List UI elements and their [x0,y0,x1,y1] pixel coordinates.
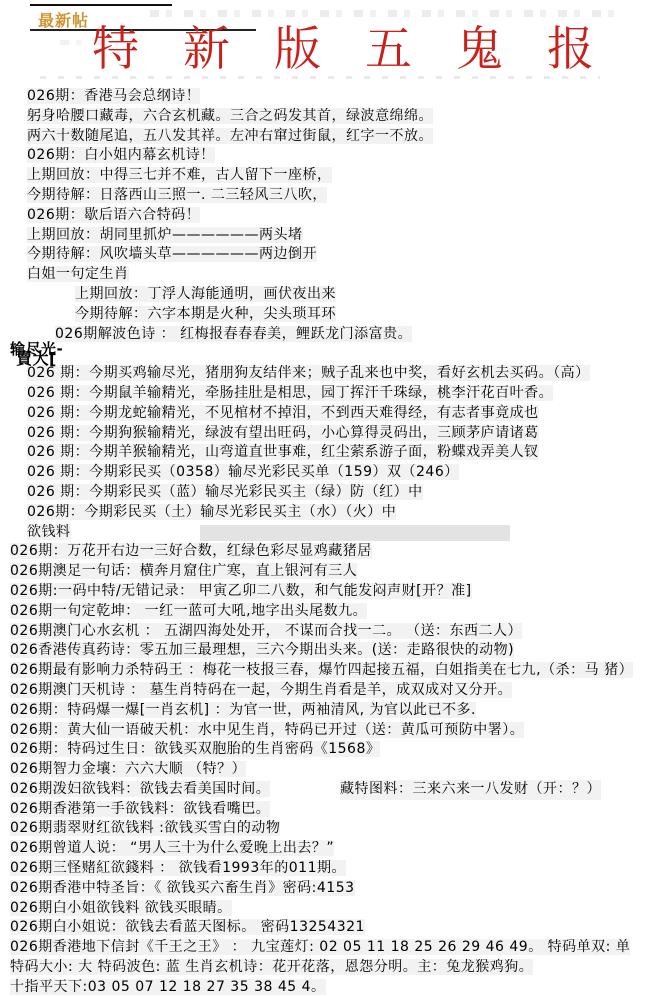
text-line-run: 026期最有影响力杀特码王 ：梅花一枝报三春，爆竹四起接五福，白姐指美在七九,（… [10,662,633,678]
text-line-right-run: 藏特图料：三来六来一八发财（开：？） [340,780,601,800]
text-line: 026期澳门心水玄机 ： 五湖四海处处开， 不谋而合找一二。 （送：东西二人） [0,622,670,642]
text-line-run: 026期智力金壤：六六大顺 （特？） [10,761,246,777]
text-line: 026期解波色诗 ： 红梅报春春春美，鲤跃龙门添富贵。 [0,325,670,345]
text-line: 026期泼妇欲钱料：欲钱去看美国时间。藏特图料：三来六来一八发财（开：？） [0,780,670,800]
text-line-run: 上期回放：丁浮人海能通明，画伏夜出来 [75,286,336,302]
top-rule [30,4,172,6]
text-line: 白姐一句定生肖 [0,265,670,285]
text-line-run: 026 期：今期羊猴输精光，山弯道直世事难，红尘萦系游子面，粉蝶戏弄美人钗 [27,444,539,460]
body-lines: 026期：香港马会总纲诗！躬身哈腰口藏毒，六合玄机藏。三合之码发其首，绿波意绵绵… [0,87,670,997]
text-line: 026期翡翠财红欲钱料 :欲钱买雪白的动物 [0,819,670,839]
page-title: 特新版五鬼报 [92,24,638,76]
text-line: 026香港传真药诗：零五加三最理想，三六今期出头来。(送：走路很快的动物) [0,641,670,661]
text-line-run: 026期：特码爆一爆[一肖玄机] ：为官一世，两袖清风, 为官以此已不多. [10,702,476,718]
text-line-run: 026期香港地下信封《千王之王》 ： 九宝莲灯: 02 05 11 18 25 … [10,939,630,955]
text-line-run: 十指平天下:03 05 07 12 18 27 35 38 45 4。 [10,979,326,995]
text-line: 026期澳足一句话：横奔月窟住广寒，直上银河有三人 [0,562,670,582]
text-line: 026期：特码过生日：欲钱买双胞胎的生肖密码《1568》 [0,740,670,760]
text-line-run: 两六十数随尾追，五八发其祥。左冲右窜过街鼠，红字一不放。 [27,128,433,144]
text-line: 上期回放：丁浮人海能通明，画伏夜出来 [0,285,670,305]
text-line: 026期白小姐欲钱料 欲钱买眼睛。 [0,899,670,919]
text-line: 上期回放：中得三七并不难，古人留下一座桥， [0,166,670,186]
text-line-run: 026期:一码中特/无错记录： 甲寅乙卯二八数，和气能发闷声财[开？准] [10,583,472,599]
text-line-run: 026期：香港马会总纲诗！ [27,88,200,104]
text-line-run: 026期：万花开右边一三好合数，红绿色彩尽显鸡藏猪居 [10,543,372,559]
text-line-run: 026期三怪赌紅欲錢料 ： 欲钱看1993年的011期。 [10,860,346,876]
text-line: 今期待解：日落西山三照一. 二三轻风三八吹， [0,186,670,206]
text-line: 026期香港第一手欲钱料：欲钱看嘴巴。 [0,800,670,820]
text-line: 欲钱料 [0,523,670,543]
text-line: 十指平天下:03 05 07 12 18 27 35 38 45 4。 [0,978,670,997]
text-line: 026期：香港马会总纲诗！ [0,87,670,107]
text-line-run: 026 期：今期龙蛇输精光，不见棺材不掉泪，不到西天难得经，有志者事竟成也 [27,405,539,421]
text-line: 026 期：今期彩民买（0358）输尽光彩民买单（159）双（246） [0,463,670,483]
text-line: 026期三怪赌紅欲錢料 ： 欲钱看1993年的011期。 [0,859,670,879]
text-line-run: 上期回放：胡同里抓炉——————两头堵 [27,227,303,243]
text-line: 两六十数随尾追，五八发其祥。左冲右窜过街鼠，红字一不放。 [0,127,670,147]
text-line-run: 026 期：今期鼠羊输精光，牵肠挂肚是相思，园丁挥汗千珠绿，桃李汗花百叶香。 [27,385,553,401]
text-line-run: 白姐一句定生肖 [27,266,129,282]
text-line: 026期香港地下信封《千王之王》 ： 九宝莲灯: 02 05 11 18 25 … [0,938,670,958]
text-line-run: 欲钱料 [27,524,71,540]
text-line-run: 026期：歇后语六合特码！ [27,207,200,223]
text-line-run: 今期待解：日落西山三照一. 二三轻风三八吹， [27,187,327,203]
text-line-run: 026期翡翠财红欲钱料 :欲钱买雪白的动物 [10,820,280,836]
text-line: 026期：歇后语六合特码！ [0,206,670,226]
text-line: 026 期：今期鼠羊输精光，牵肠挂肚是相思，园丁挥汗千珠绿，桃李汗花百叶香。 [0,384,670,404]
text-line: 026期白小姐说：欲钱去看蓝天图标。 密码13254321 [0,918,670,938]
text-line: 026期澳门天机诗 ： 墓生肖特码在一起，今期生肖看是羊，成双成对又分开。 [0,681,670,701]
text-line-run: 026期澳门天机诗 ： 墓生肖特码在一起，今期生肖看是羊，成双成对又分开。 [10,682,512,698]
text-line: 026 期：今期买鸡输尽光，猪朋狗友结伴来；贼子乱来也中奖，看好玄机去买码。（高… [0,364,670,384]
text-line: 今期待解：六字本期是火种，尖头琐耳环 [0,305,670,325]
text-line: 026 期：今期彩民买（蓝）输尽光彩民买主（绿）防（红）中 [0,483,670,503]
text-line: 026期：今期彩民买（土）输尽光彩民买主（水）（火）中 [0,503,670,523]
text-line: 026期最有影响力杀特码王 ：梅花一枝报三春，爆竹四起接五福，白姐指美在七九,（… [0,661,670,681]
text-line-run: 026期：白小姐内幕玄机诗！ [27,147,215,163]
text-line: 026 期：今期狗猴输精光，绿波有望出旺码，小心算得灵码出，三顾茅庐请诸葛 [0,424,670,444]
text-line-run: 026期香港中特圣旨：《 欲钱买六畜生肖》密码:4153 [10,880,355,896]
text-line-run: 026 期：今期狗猴输精光，绿波有望出旺码，小心算得灵码出，三顾茅庐请诸葛 [27,425,539,441]
text-line: 特码大小: 大 特码波色: 蓝 生肖玄机诗：花开花落，恩怨分明。主：兔龙猴鸡狗。 [0,958,670,978]
smudged-overlap-line: 输尽光-賣大[ [0,344,670,364]
text-line-run: 026 期：今期彩民买（0358）输尽光彩民买单（159）双（246） [27,464,459,480]
text-line-run: 特码大小: 大 特码波色: 蓝 生肖玄机诗：花开花落，恩怨分明。主：兔龙猴鸡狗。 [10,959,533,975]
scan-noise-row [150,10,620,17]
text-line-run: 026期：特码过生日：欲钱买双胞胎的生肖密码《1568》 [10,741,380,757]
text-line-run: 026期一句定乾坤： 一红一蓝可大吼,地字出头尾数九。 [10,603,367,619]
text-line: 上期回放：胡同里抓炉——————两头堵 [0,226,670,246]
text-line-run: 026期泼妇欲钱料：欲钱去看美国时间。 [10,781,270,797]
text-line-run: 026香港传真药诗：零五加三最理想，三六今期出头来。(送：走路很快的动物) [10,642,514,658]
text-line-run: 今期待解：风吹墙头草——————两边倒开 [27,246,317,262]
text-line: 026期香港中特圣旨：《 欲钱买六畜生肖》密码:4153 [0,879,670,899]
text-line-run: 026期白小姐欲钱料 欲钱买眼睛。 [10,900,232,916]
text-line: 026期一句定乾坤： 一红一蓝可大吼,地字出头尾数九。 [0,602,670,622]
text-line: 026 期：今期龙蛇输精光，不见棺材不掉泪，不到西天难得经，有志者事竟成也 [0,404,670,424]
text-line: 026期曾道人说： “男人三十为什么爱晚上出去？” [0,839,670,859]
scanned-tip-sheet: { "header": { "corner_tag": "最新帖", "titl… [0,0,670,997]
text-line: 今期待解：风吹墙头草——————两边倒开 [0,245,670,265]
text-line-run: 躬身哈腰口藏毒，六合玄机藏。三合之码发其首，绿波意绵绵。 [27,108,433,124]
text-line: 躬身哈腰口藏毒，六合玄机藏。三合之码发其首，绿波意绵绵。 [0,107,670,127]
corner-tag: 最新帖 [38,8,89,31]
text-line-run: 今期待解：六字本期是火种，尖头琐耳环 [75,306,336,322]
text-line-run: 026期曾道人说： “男人三十为什么爱晚上出去？” [10,840,334,856]
text-line-run: 026期澳足一句话：横奔月窟住广寒，直上银河有三人 [10,563,357,579]
text-line: 026期：特码爆一爆[一肖玄机] ：为官一世，两袖清风, 为官以此已不多. [0,701,670,721]
text-line-run: 026 期：今期彩民买（蓝）输尽光彩民买主（绿）防（红）中 [27,484,423,500]
text-line-run: 上期回放：中得三七并不难，古人留下一座桥， [27,167,332,183]
text-line-run: 026 期：今期买鸡输尽光，猪朋狗友结伴来；贼子乱来也中奖，看好玄机去买码。（高… [27,365,590,381]
gray-redaction-box [200,525,510,541]
text-line-run: 026期解波色诗 ： 红梅报春春春美，鲤跃龙门添富贵。 [55,326,412,342]
text-line-run: 026期香港第一手欲钱料：欲钱看嘴巴。 [10,801,270,817]
text-line-run: 026期澳门心水玄机 ： 五湖四海处处开， 不谋而合找一二。 （送：东西二人） [10,623,522,639]
text-line: 026期:一码中特/无错记录： 甲寅乙卯二八数，和气能发闷声财[开？准] [0,582,670,602]
text-line: 026期：黄大仙一语破天机：水中见生肖，特码已开过（送：黄瓜可预防中署）。 [0,721,670,741]
text-line: 026期：万花开右边一三好合数，红绿色彩尽显鸡藏猪居 [0,542,670,562]
text-line-run: 026期：今期彩民买（土）输尽光彩民买主（水）（火）中 [27,504,396,520]
text-line: 026 期：今期羊猴输精光，山弯道直世事难，红尘萦系游子面，粉蝶戏弄美人钗 [0,443,670,463]
text-line-run: 026期白小姐说：欲钱去看蓝天图标。 密码13254321 [10,919,365,935]
text-line: 026期智力金壤：六六大顺 （特？） [0,760,670,780]
text-line: 026期：白小姐内幕玄机诗！ [0,146,670,166]
text-line-run: 026期：黄大仙一语破天机：水中见生肖，特码已开过（送：黄瓜可预防中署）。 [10,722,524,738]
